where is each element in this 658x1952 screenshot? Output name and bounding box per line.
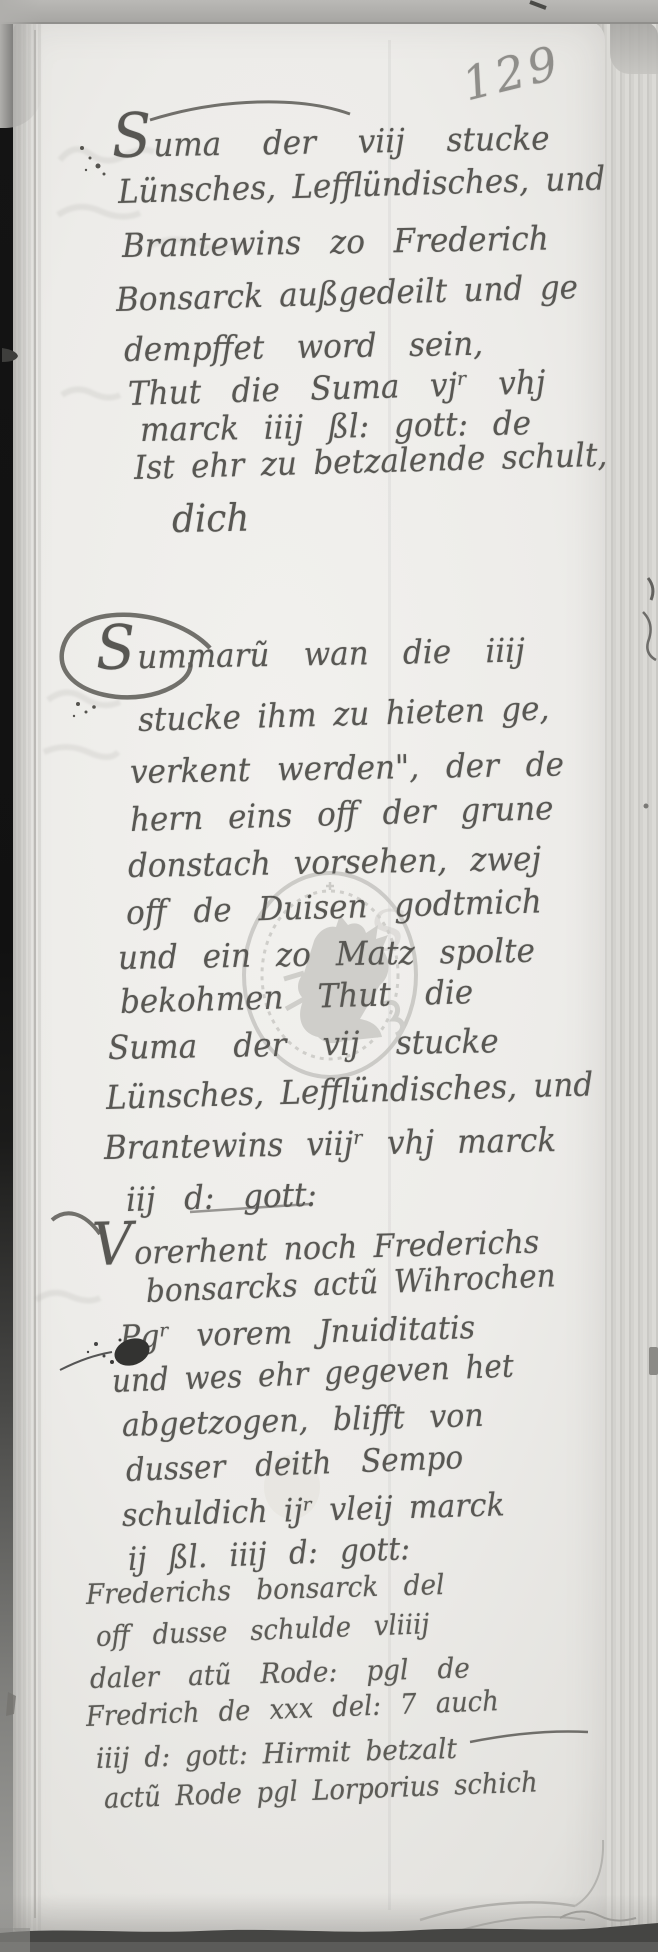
ink-spatter [73, 146, 106, 717]
manuscript-scan: S 129 Suma der viij stucke Lünsches, Lef… [0, 0, 658, 1952]
bottom-corner-curl [420, 1840, 636, 1932]
pen-flourishes [52, 102, 588, 1742]
ink-blot [60, 1334, 153, 1371]
gutter-nicks [2, 2, 546, 1716]
over-layer-graphics [0, 0, 658, 1952]
scan-bottom-band [0, 1923, 658, 1952]
fore-edge-ink-marks [643, 578, 658, 1375]
